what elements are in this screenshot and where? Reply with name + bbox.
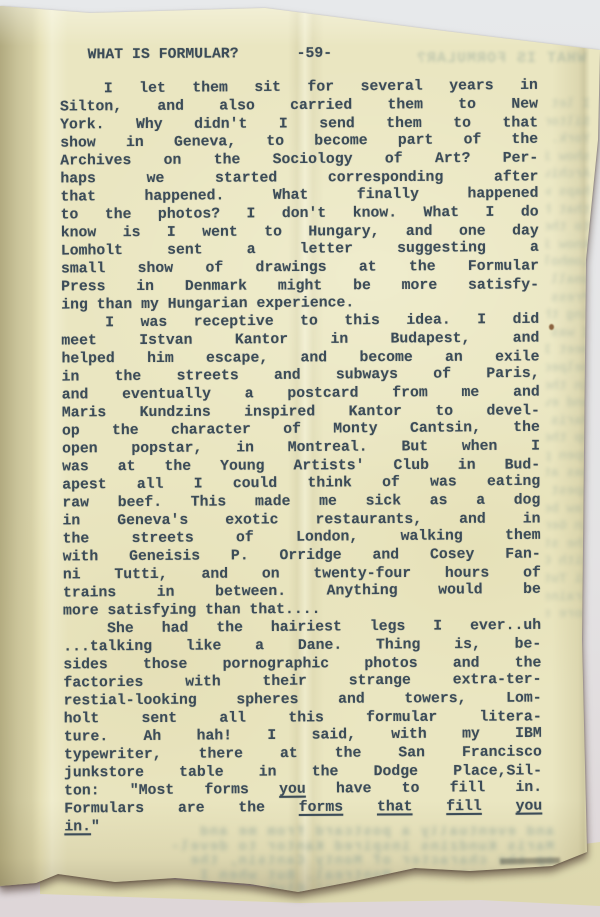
text-segment: show in Geneva, to become part of the	[60, 132, 538, 152]
text-segment: factories with their strange extra-ter-	[63, 672, 541, 692]
highlight-mark	[172, 883, 192, 888]
page-wrap: WHAT IS FORMULAR? I let them sit for sev…	[0, 0, 600, 917]
text-line: with Geneisis P. Orridge and Cosey Fan-	[63, 546, 541, 567]
text-line: Formulars are the forms that fill you	[64, 798, 542, 819]
text-segment: meet Istvan Kantor in Budapest, and	[61, 331, 539, 350]
text-line: typewriter, there at the San Francisco	[64, 744, 542, 765]
text-segment: Formulars are the	[64, 800, 299, 817]
text-segment: "	[91, 819, 100, 835]
text-segment: to the photos? I don't know. What I do	[61, 205, 539, 224]
text-line: ture. Ah hah! I said, with my IBM	[64, 725, 542, 747]
underlined-word: you	[279, 782, 306, 798]
text-line: meet Istvan Kantor in Budapest, and	[61, 330, 539, 351]
text-line: apest all I could think of was eating	[62, 473, 540, 495]
text-line: and eventually a postcard from me and	[62, 384, 540, 405]
underlined-word: you	[516, 799, 543, 815]
dirt-speck	[549, 324, 554, 330]
text-line: ton: "Most forms you have to fill in.	[64, 779, 542, 801]
text-line: raw beef. This made me sick as a dog	[62, 492, 540, 513]
text-segment	[343, 800, 377, 816]
text-segment: raw beef. This made me sick as a dog	[62, 493, 540, 512]
underlined-word: that	[377, 799, 413, 815]
paragraph: I let them sit for several years inSilto…	[60, 78, 539, 315]
bleed-through-bottom-text: and eventually a postcard from me andMar…	[44, 826, 554, 904]
text-segment: more satisfying than that....	[63, 602, 321, 620]
underlined-word: in.	[64, 819, 91, 835]
bleed-through-right-margin-text: I let them sit for several years inSilto…	[546, 95, 590, 815]
text-segment: restial-looking spheres and towers, Lom-	[64, 691, 542, 710]
text-line: Silton, and also carried them to New	[60, 96, 538, 117]
text-line: that happened. What finally happened	[60, 185, 538, 207]
page-title: WHAT IS FORMULAR?	[88, 46, 239, 63]
text-line: open popstar, in Montreal. But when I	[62, 438, 540, 459]
photo-of-booklet-page: WHAT IS FORMULAR? I let them sit for sev…	[0, 0, 600, 917]
text-segment: apest all I could think of was eating	[62, 474, 540, 494]
text-segment: op the character of Monty Cantsin, the	[62, 420, 540, 440]
text-segment: in the streets and subways of Paris,	[62, 366, 540, 386]
text-segment: and eventually a postcard from me and	[62, 385, 540, 404]
paper-page: WHAT IS FORMULAR? I let them sit for sev…	[0, 0, 600, 917]
text-line: in the streets and subways of Paris,	[62, 365, 540, 387]
text-line: I was receptive to this idea. I did	[61, 311, 539, 333]
text-segment: I was receptive to this idea. I did	[105, 312, 539, 331]
text-line: I let them sit for several years in	[60, 77, 538, 99]
text-line: Archives on the Sociology of Art? Per-	[60, 150, 538, 171]
text-segment: that happened. What finally happened	[60, 186, 538, 206]
text-segment: Silton, and also carried them to New	[60, 97, 538, 116]
page-number: -59-	[297, 46, 333, 62]
text-segment: ...talking like a Dane. Thing is, be-	[63, 637, 541, 656]
text-line: to the photos? I don't know. What I do	[61, 204, 539, 225]
text-line: small show of drawings at the Formular	[61, 258, 539, 279]
text-segment: I let them sit for several years in	[104, 78, 538, 97]
text-segment: She had the hairiest legs I ever..uh	[107, 618, 541, 637]
text-segment: ton: "Most forms	[64, 782, 279, 800]
text-segment	[482, 799, 516, 815]
text-segment	[412, 799, 446, 815]
paragraph: I was receptive to this idea. I didmeet …	[61, 312, 541, 621]
text-line: show in Geneva, to become part of the	[60, 131, 538, 153]
smudge-mark	[500, 857, 560, 864]
text-segment: typewriter, there at the San Francisco	[64, 745, 542, 764]
underlined-word: fill	[446, 799, 482, 815]
typewritten-content: WHAT IS FORMULAR? -59- I let them sit fo…	[60, 45, 543, 837]
text-segment: Archives on the Sociology of Art? Per-	[60, 151, 538, 170]
text-line: trains in between. Anything would be	[63, 581, 541, 603]
text-line: the streets of London, walking them	[63, 527, 541, 549]
paragraphs: I let them sit for several years inSilto…	[60, 78, 543, 837]
text-segment: ture. Ah hah! I said, with my IBM	[64, 726, 542, 746]
text-segment: ing than my Hungarian experience.	[61, 295, 354, 313]
text-line: She had the hairiest legs I ever..uh	[63, 617, 541, 639]
text-line: in."	[64, 816, 542, 836]
text-segment: Lomholt sent a letter suggesting a	[61, 240, 539, 260]
text-segment: have to fill in.	[306, 780, 542, 798]
underlined-word: forms	[299, 800, 344, 816]
page-header: WHAT IS FORMULAR? -59-	[88, 45, 538, 64]
text-segment: trains in between. Anything would be	[63, 582, 541, 602]
text-line: ...talking like a Dane. Thing is, be-	[63, 636, 541, 657]
text-line: Lomholt sent a letter suggesting a	[61, 239, 539, 261]
text-line: op the character of Monty Cantsin, the	[62, 419, 540, 441]
text-segment: small show of drawings at the Formular	[61, 259, 539, 278]
highlight-mark	[392, 884, 418, 889]
text-segment: the streets of London, walking them	[63, 528, 541, 548]
text-segment: with Geneisis P. Orridge and Cosey Fan-	[63, 547, 541, 566]
paragraph: She had the hairiest legs I ever..uh...t…	[63, 618, 542, 837]
text-segment: open popstar, in Montreal. But when I	[62, 439, 540, 458]
text-line: restial-looking spheres and towers, Lom-	[64, 690, 542, 711]
text-line: factories with their strange extra-ter-	[63, 671, 541, 693]
